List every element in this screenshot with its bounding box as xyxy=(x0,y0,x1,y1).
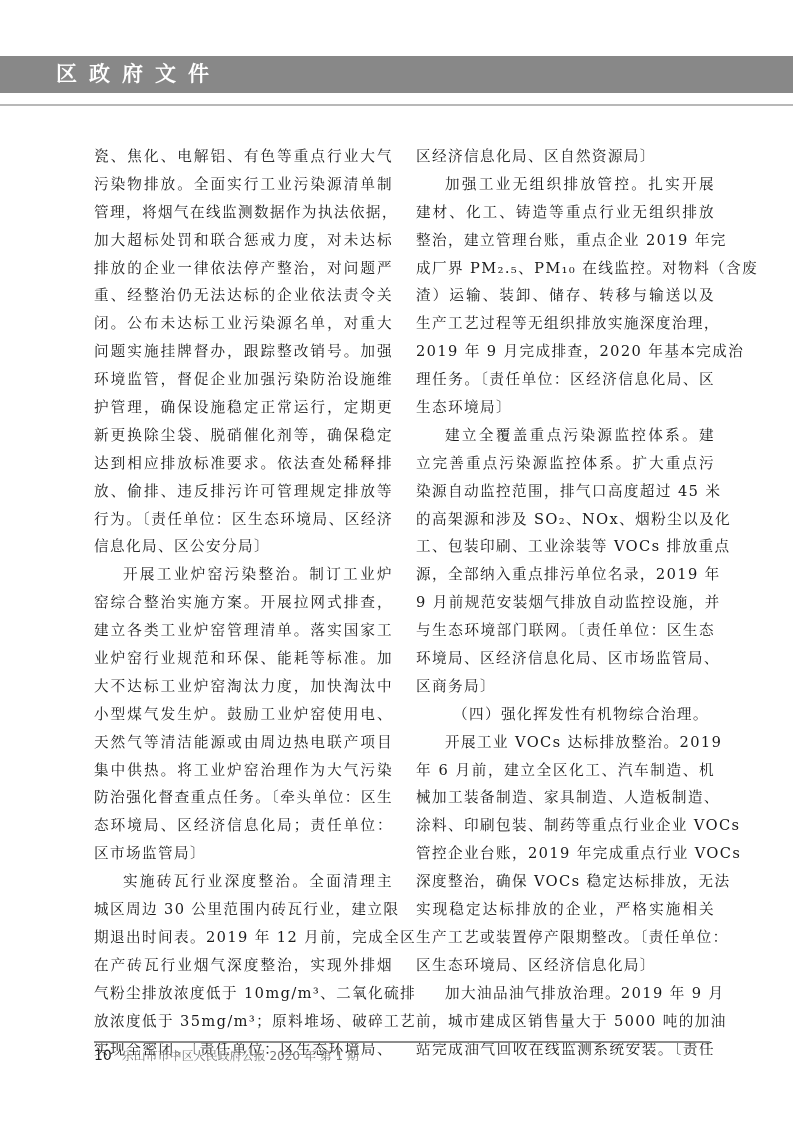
paragraph-line: 防治强化督查重点任务。〔牵头单位：区生 xyxy=(94,784,393,812)
paragraph-line: 气粉尘排放浓度低于 10mg/m³、二氧化硫排 xyxy=(94,980,393,1008)
paragraph-line: 9 月前规范安装烟气排放自动监控设施，并 xyxy=(416,589,715,617)
paragraph-line: 护管理，确保设施稳定正常运行，定期更 xyxy=(94,394,393,422)
paragraph-line: 达到相应排放标准要求。依法查处稀释排 xyxy=(94,450,393,478)
section-heading: （四）强化挥发性有机物综合治理。 xyxy=(416,701,715,729)
paragraph-line: 深度整治，确保 VOCs 稳定达标排放，无法 xyxy=(416,868,715,896)
paragraph-line: 在产砖瓦行业烟气深度整治，实现外排烟 xyxy=(94,952,393,980)
paragraph-line: 源，全部纳入重点排污单位名录，2019 年 xyxy=(416,561,715,589)
publication-name: 乐山市市中区人民政府公报 2020 年 第 1 期 xyxy=(122,1049,359,1063)
paragraph-line: 新更换除尘袋、脱硝催化剂等，确保稳定 xyxy=(94,422,393,450)
page-number: 10 xyxy=(94,1048,112,1064)
paragraph-line: 实施砖瓦行业深度整治。全面清理主 xyxy=(94,868,393,896)
paragraph-line: 窑综合整治实施方案。开展拉网式排查， xyxy=(94,589,393,617)
paragraph-line: 环境监管，督促企业加强污染防治设施维 xyxy=(94,366,393,394)
paragraph-line: 工、包装印刷、工业涂装等 VOCs 排放重点 xyxy=(416,533,715,561)
paragraph-line: 集中供热。将工业炉窑治理作为大气污染 xyxy=(94,757,393,785)
paragraph-line: 开展工业炉窑污染整治。制订工业炉 xyxy=(94,561,393,589)
paragraph-line: 大不达标工业炉窑淘汰力度，加快淘汰中 xyxy=(94,673,393,701)
paragraph-line: 前，城市建成区销售量大于 5000 吨的加油 xyxy=(416,1008,715,1036)
paragraph-line: 管理，将烟气在线监测数据作为执法依据， xyxy=(94,199,393,227)
paragraph-line: 开展工业 VOCs 达标排放整治。2019 xyxy=(416,729,715,757)
paragraph-line: 的高架源和涉及 SO₂、NOx、烟粉尘以及化 xyxy=(416,506,715,534)
paragraph-line: 区生态环境局、区经济信息化局〕 xyxy=(416,952,715,980)
paragraph-line: 与生态环境部门联网。〔责任单位：区生态 xyxy=(416,617,715,645)
paragraph-line: 理任务。〔责任单位：区经济信息化局、区 xyxy=(416,366,715,394)
paragraph-line: 城区周边 30 公里范围内砖瓦行业，建立限 xyxy=(94,896,393,924)
paragraph-line: 问题实施挂牌督办，跟踪整改销号。加强 xyxy=(94,338,393,366)
paragraph-line: 2019 年 9 月完成排查，2020 年基本完成治 xyxy=(416,338,715,366)
footer-divider xyxy=(94,1041,710,1043)
paragraph-line: 区市场监管局〕 xyxy=(94,840,393,868)
header-divider xyxy=(0,104,793,106)
paragraph-line: 建立全覆盖重点污染源监控体系。建 xyxy=(416,422,715,450)
paragraph-line: 建材、化工、铸造等重点行业无组织排放 xyxy=(416,199,715,227)
paragraph-line: 加大超标处罚和联合惩戒力度，对未达标 xyxy=(94,227,393,255)
paragraph-line: 污染物排放。全面实行工业污染源清单制 xyxy=(94,171,393,199)
paragraph-line: 区商务局〕 xyxy=(416,673,715,701)
paragraph-line: 立完善重点污染源监控体系。扩大重点污 xyxy=(416,450,715,478)
paragraph-line: 瓷、焦化、电解铝、有色等重点行业大气 xyxy=(94,143,393,171)
left-text-column: 瓷、焦化、电解铝、有色等重点行业大气污染物排放。全面实行工业污染源清单制管理，将… xyxy=(94,143,393,1063)
paragraph-line: 小型煤气发生炉。鼓励工业炉窑使用电、 xyxy=(94,701,393,729)
right-text-column: 区经济信息化局、区自然资源局〕加强工业无组织排放管控。扎实开展建材、化工、铸造等… xyxy=(416,143,715,1063)
paragraph-line: 生产工艺或装置停产限期整改。〔责任单位： xyxy=(416,924,715,952)
paragraph-line: 期退出时间表。2019 年 12 月前，完成全区 xyxy=(94,924,393,952)
paragraph-line: 区经济信息化局、区自然资源局〕 xyxy=(416,143,715,171)
paragraph-line: 加强工业无组织排放管控。扎实开展 xyxy=(416,171,715,199)
paragraph-line: 整治，建立管理台账，重点企业 2019 年完 xyxy=(416,227,715,255)
paragraph-line: 放、偷排、违反排污许可管理规定排放等 xyxy=(94,478,393,506)
paragraph-line: 渣）运输、装卸、储存、转移与输送以及 xyxy=(416,282,715,310)
paragraph-line: 械加工装备制造、家具制造、人造板制造、 xyxy=(416,784,715,812)
paragraph-line: 管控企业台账，2019 年完成重点行业 VOCs xyxy=(416,840,715,868)
paragraph-line: 业炉窑行业规范和环保、能耗等标准。加 xyxy=(94,645,393,673)
paragraph-line: 建立各类工业炉窑管理清单。落实国家工 xyxy=(94,617,393,645)
paragraph-line: 态环境局、区经济信息化局；责任单位： xyxy=(94,812,393,840)
paragraph-line: 天然气等清洁能源或由周边热电联产项目 xyxy=(94,729,393,757)
paragraph-line: 成厂界 PM₂.₅、PM₁₀ 在线监控。对物料（含废 xyxy=(416,255,715,283)
paragraph-line: 信息化局、区公安分局〕 xyxy=(94,533,393,561)
paragraph-line: 加大油品油气排放治理。2019 年 9 月 xyxy=(416,980,715,1008)
paragraph-line: 排放的企业一律依法停产整治，对问题严 xyxy=(94,255,393,283)
paragraph-line: 实现稳定达标排放的企业，严格实施相关 xyxy=(416,896,715,924)
paragraph-line: 年 6 月前，建立全区化工、汽车制造、机 xyxy=(416,757,715,785)
paragraph-line: 生态环境局〕 xyxy=(416,394,715,422)
paragraph-line: 生产工艺过程等无组织排放实施深度治理， xyxy=(416,310,715,338)
paragraph-line: 站完成油气回收在线监测系统安装。〔责任 xyxy=(416,1036,715,1064)
section-title: 区政府文件 xyxy=(56,59,221,89)
page-footer: 10 乐山市市中区人民政府公报 2020 年 第 1 期 xyxy=(94,1047,359,1065)
paragraph-line: 行为。〔责任单位：区生态环境局、区经济 xyxy=(94,506,393,534)
paragraph-line: 环境局、区经济信息化局、区市场监管局、 xyxy=(416,645,715,673)
paragraph-line: 闭。公布未达标工业污染源名单，对重大 xyxy=(94,310,393,338)
paragraph-line: 染源自动监控范围，排气口高度超过 45 米 xyxy=(416,478,715,506)
paragraph-line: 涂料、印刷包装、制药等重点行业企业 VOCs xyxy=(416,812,715,840)
paragraph-line: 放浓度低于 35mg/m³；原料堆场、破碎工艺 xyxy=(94,1008,393,1036)
paragraph-line: 重、经整治仍无法达标的企业依法责令关 xyxy=(94,282,393,310)
